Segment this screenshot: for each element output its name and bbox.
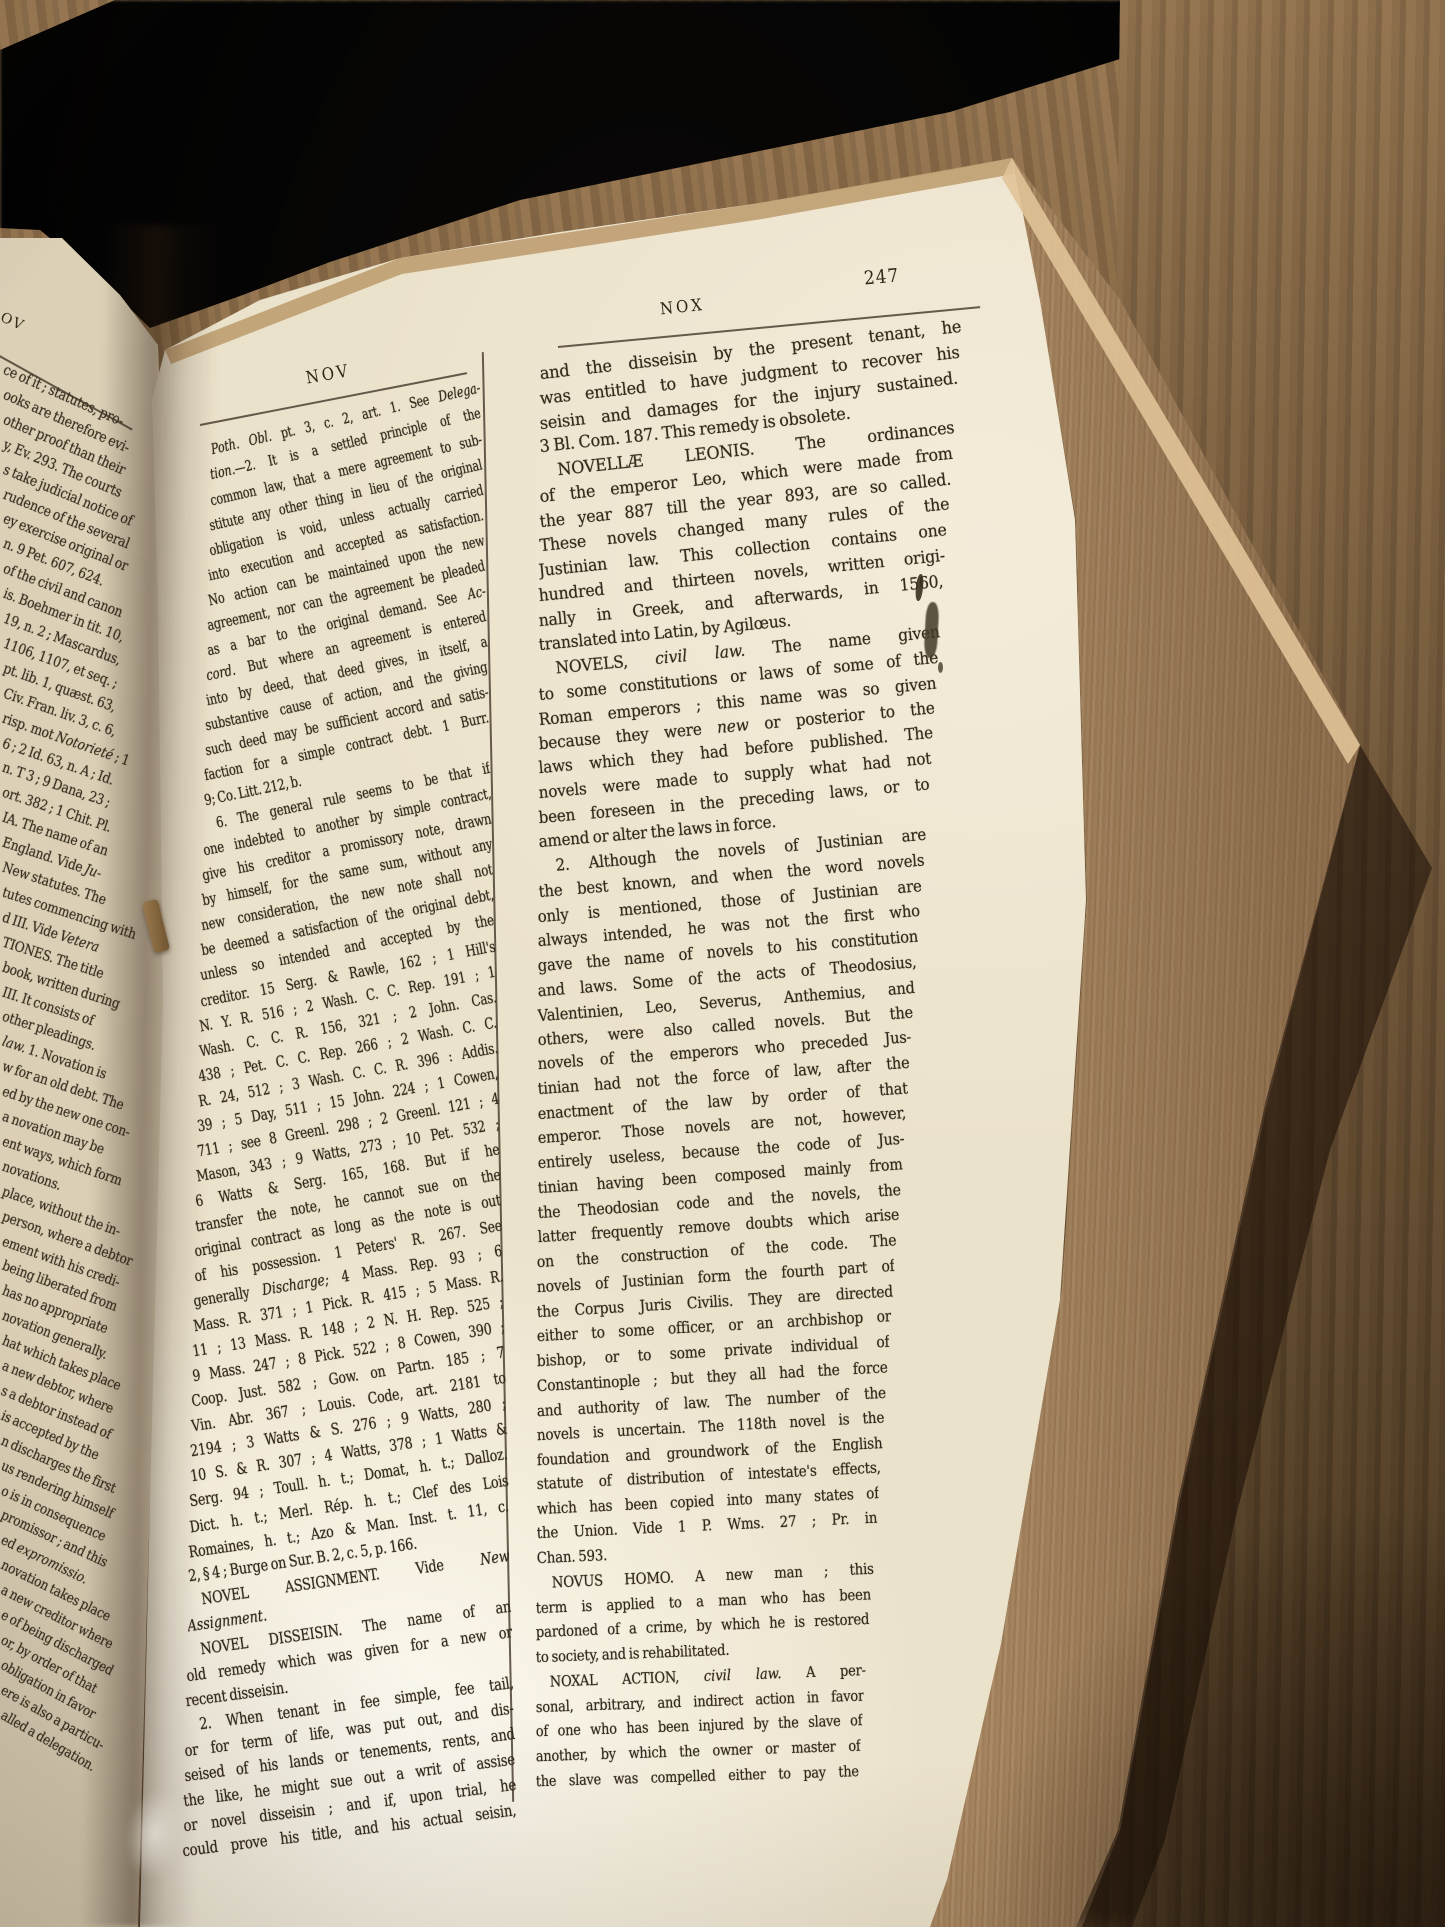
left-page-running-head: OV [0, 310, 28, 335]
running-head-left: NOV [304, 360, 352, 388]
ink-stain [938, 662, 943, 673]
book-photo: OV ce of it ; statutes, pro-ooks are the… [0, 0, 1445, 1927]
running-head-right: NOX [659, 294, 706, 318]
page-number: 247 [863, 265, 900, 290]
gutter-shadow [80, 224, 220, 1927]
